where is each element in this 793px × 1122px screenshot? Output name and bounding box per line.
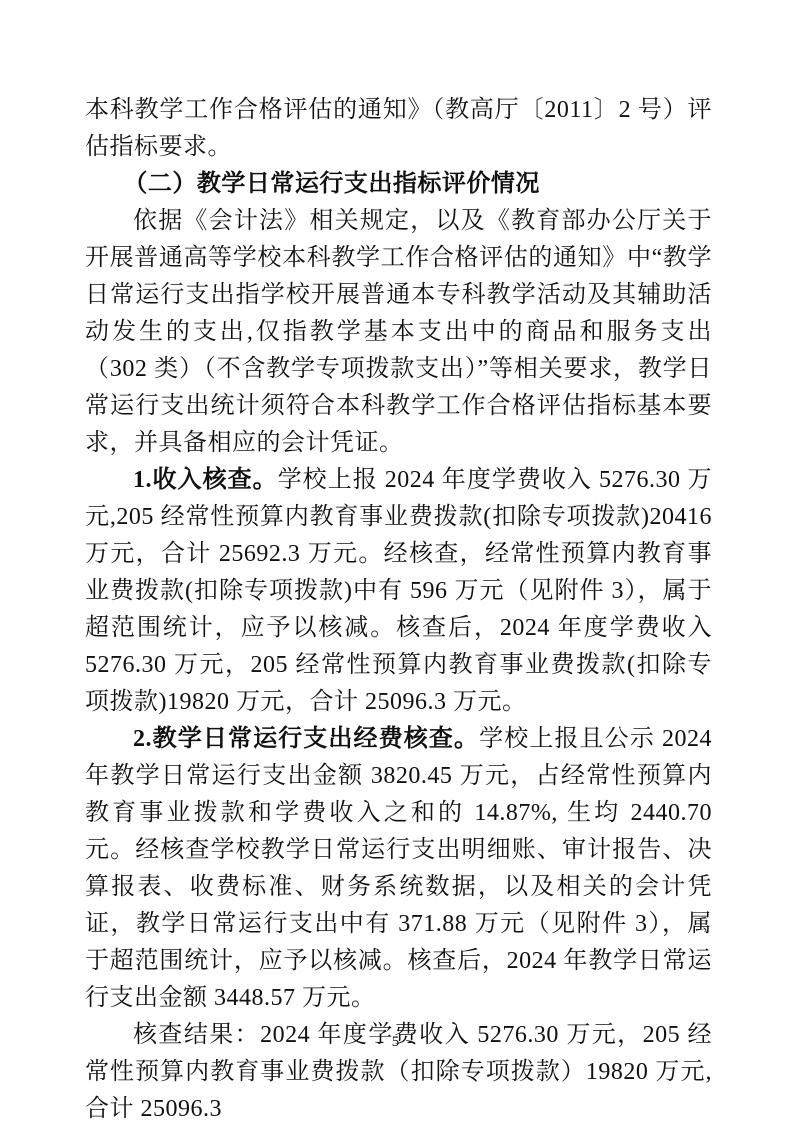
document-page: 本科教学工作合格评估的通知》（教高厅〔2011〕2 号）评估指标要求。（二）教学… (0, 0, 793, 1122)
bold-text-run: （二）教学日常运行支出指标评价情况 (123, 171, 540, 197)
text-run: 学校上报 2024 年度学费收入 5276.30 万元,205 经常性预算内教育… (85, 467, 712, 715)
page-number: - 5 - (379, 1034, 414, 1050)
document-body: 本科教学工作合格评估的通知》（教高厅〔2011〕2 号）评估指标要求。（二）教学… (85, 92, 712, 1122)
text-run: 依据《会计法》相关规定，以及《教育部办公厅关于开展普通高等学校本科教学工作合格评… (85, 208, 712, 456)
bold-text-run: 1.收入核查。 (133, 467, 278, 493)
bold-text-run: 2.教学日常运行支出经费核查。 (133, 726, 479, 752)
paragraph-expense-check: 2.教学日常运行支出经费核查。学校上报且公示 2024 年教学日常运行支出金额 … (85, 721, 712, 1017)
page-footer: - 5 - (0, 1032, 793, 1052)
section-heading: （二）教学日常运行支出指标评价情况 (85, 166, 712, 203)
paragraph-basis: 依据《会计法》相关规定，以及《教育部办公厅关于开展普通高等学校本科教学工作合格评… (85, 203, 712, 462)
text-run: 本科教学工作合格评估的通知》（教高厅〔2011〕2 号）评估指标要求。 (85, 97, 712, 160)
paragraph-continuation: 本科教学工作合格评估的通知》（教高厅〔2011〕2 号）评估指标要求。 (85, 92, 712, 166)
text-run: 学校上报且公示 2024 年教学日常运行支出金额 3820.45 万元，占经常性… (85, 726, 712, 1011)
paragraph-income-check: 1.收入核查。学校上报 2024 年度学费收入 5276.30 万元,205 经… (85, 462, 712, 721)
